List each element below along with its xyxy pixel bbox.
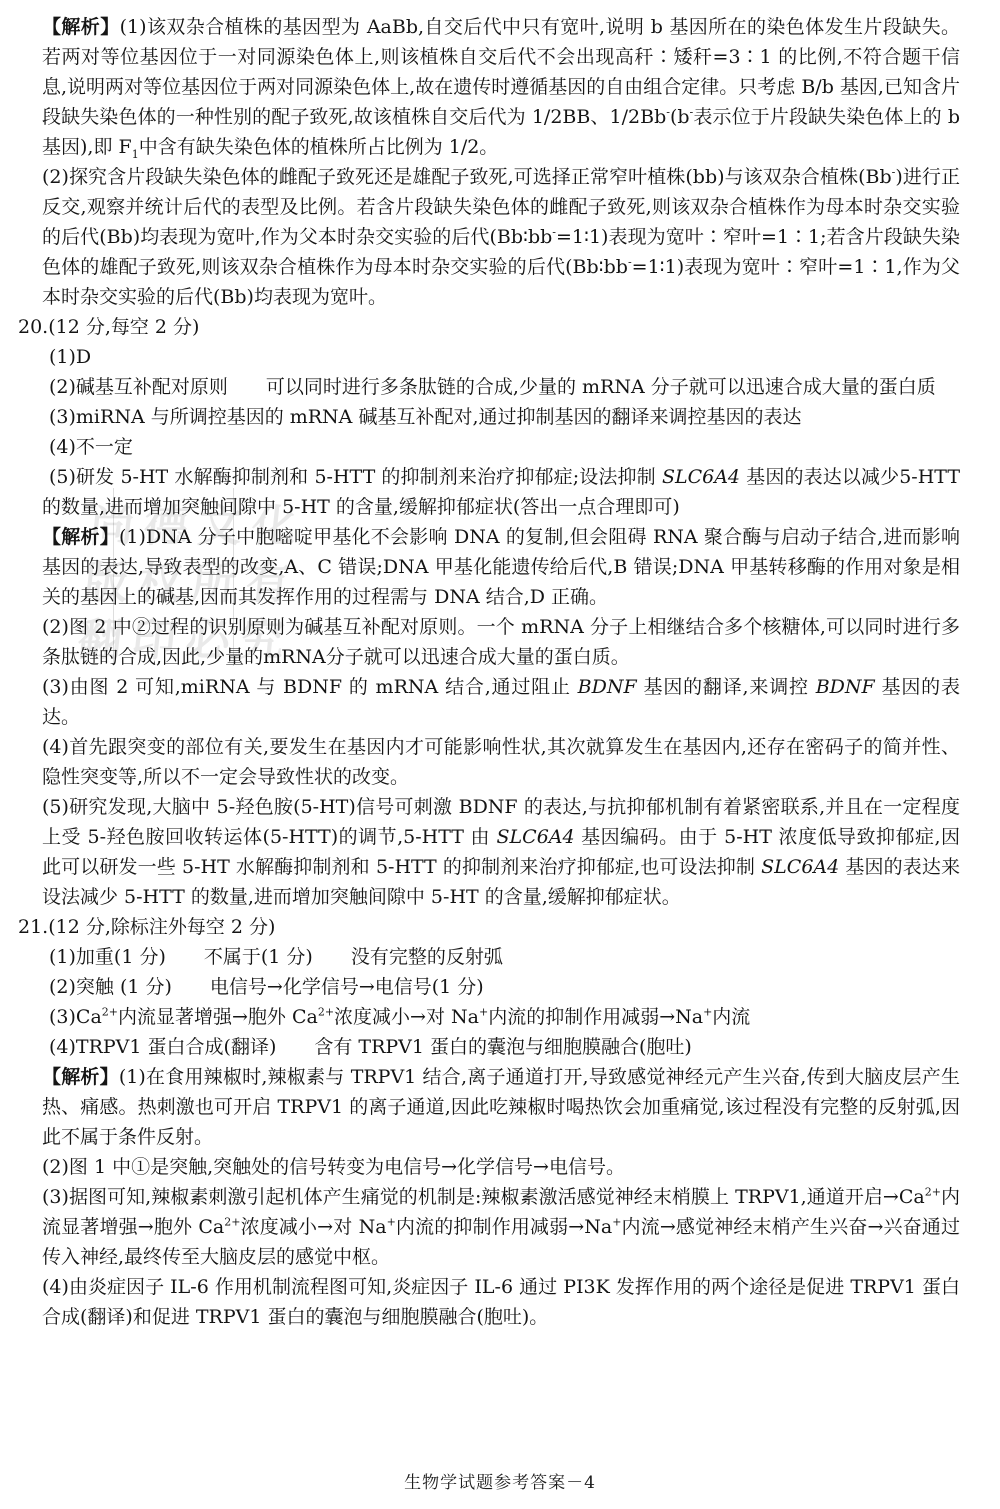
answer-line: (3)miRNA 与所调控基因的 mRNA 碱基互补配对,通过抑制基因的翻译来调… [42, 402, 960, 432]
gene-name: BDNF [578, 676, 637, 698]
analysis-paragraph: 【解析】(1)在食用辣椒时,辣椒素与 TRPV1 结合,离子通道打开,导致感觉神… [42, 1062, 960, 1152]
answer-line: (1)加重(1 分) 不属于(1 分) 没有完整的反射弧 [42, 942, 960, 972]
gene-name: SLC6A4 [497, 826, 575, 848]
analysis-paragraph: (4)由炎症因子 IL-6 作用机制流程图可知,炎症因子 IL-6 通过 PI3… [42, 1272, 960, 1332]
analysis-paragraph: (4)首先跟突变的部位有关,要发生在基因内才可能影响性状,其次就算发生在基因内,… [42, 732, 960, 792]
analysis-paragraph: (3)据图可知,辣椒素刺激引起机体产生痛觉的机制是:辣椒素激活感觉神经末梢膜上 … [42, 1182, 960, 1272]
answer-line: (2)突触 (1 分) 电信号→化学信号→电信号(1 分) [42, 972, 960, 1002]
question-header: 21.(12 分,除标注外每空 2 分) [18, 912, 960, 942]
answer-line: (2)碱基互补配对原则 可以同时进行多条肽链的合成,少量的 mRNA 分子就可以… [42, 372, 960, 402]
analysis-label: 【解析】 [42, 526, 119, 548]
answer-line: (4)TRPV1 蛋白合成(翻译) 含有 TRPV1 蛋白的囊泡与细胞膜融合(胞… [42, 1032, 960, 1062]
answer-line: (4)不一定 [42, 432, 960, 462]
document-page: 尚德文化 版权所有 翻印必究 【解析】(1)该双杂合植株的基因型为 AaBb,自… [0, 0, 1000, 1509]
analysis-paragraph: 【解析】(1)DNA 分子中胞嘧啶甲基化不会影响 DNA 的复制,但会阻碍 RN… [42, 522, 960, 612]
page-footer: 生物学试题参考答案－4 [0, 1468, 1000, 1493]
analysis-paragraph: (5)研究发现,大脑中 5-羟色胺(5-HT)信号可刺激 BDNF 的表达,与抗… [42, 792, 960, 912]
question-header: 20.(12 分,每空 2 分) [18, 312, 960, 342]
answer-line: (3)Ca2+内流显著增强→胞外 Ca2+浓度减小→对 Na+内流的抑制作用减弱… [42, 1002, 960, 1032]
analysis-label: 【解析】 [42, 16, 120, 38]
analysis-label: 【解析】 [42, 1066, 119, 1088]
gene-name: SLC6A4 [761, 856, 839, 878]
analysis-paragraph: (3)由图 2 可知,miRNA 与 BDNF 的 mRNA 结合,通过阻止 B… [42, 672, 960, 732]
analysis-paragraph: 【解析】(1)该双杂合植株的基因型为 AaBb,自交后代中只有宽叶,说明 b 基… [42, 12, 960, 162]
answer-line: (5)研发 5-HT 水解酶抑制剂和 5-HTT 的抑制剂来治疗抑郁症;设法抑制… [42, 462, 960, 522]
analysis-paragraph: (2)图 1 中①是突触,突触处的信号转变为电信号→化学信号→电信号。 [42, 1152, 960, 1182]
gene-name: SLC6A4 [662, 466, 740, 488]
document-body: 【解析】(1)该双杂合植株的基因型为 AaBb,自交后代中只有宽叶,说明 b 基… [42, 12, 960, 1332]
analysis-paragraph: (2)探究含片段缺失染色体的雌配子致死还是雄配子致死,可选择正常窄叶植株(bb)… [42, 162, 960, 312]
analysis-paragraph: (2)图 2 中②过程的识别原则为碱基互补配对原则。一个 mRNA 分子上相继结… [42, 612, 960, 672]
answer-line: (1)D [42, 342, 960, 372]
gene-name: BDNF [816, 676, 875, 698]
